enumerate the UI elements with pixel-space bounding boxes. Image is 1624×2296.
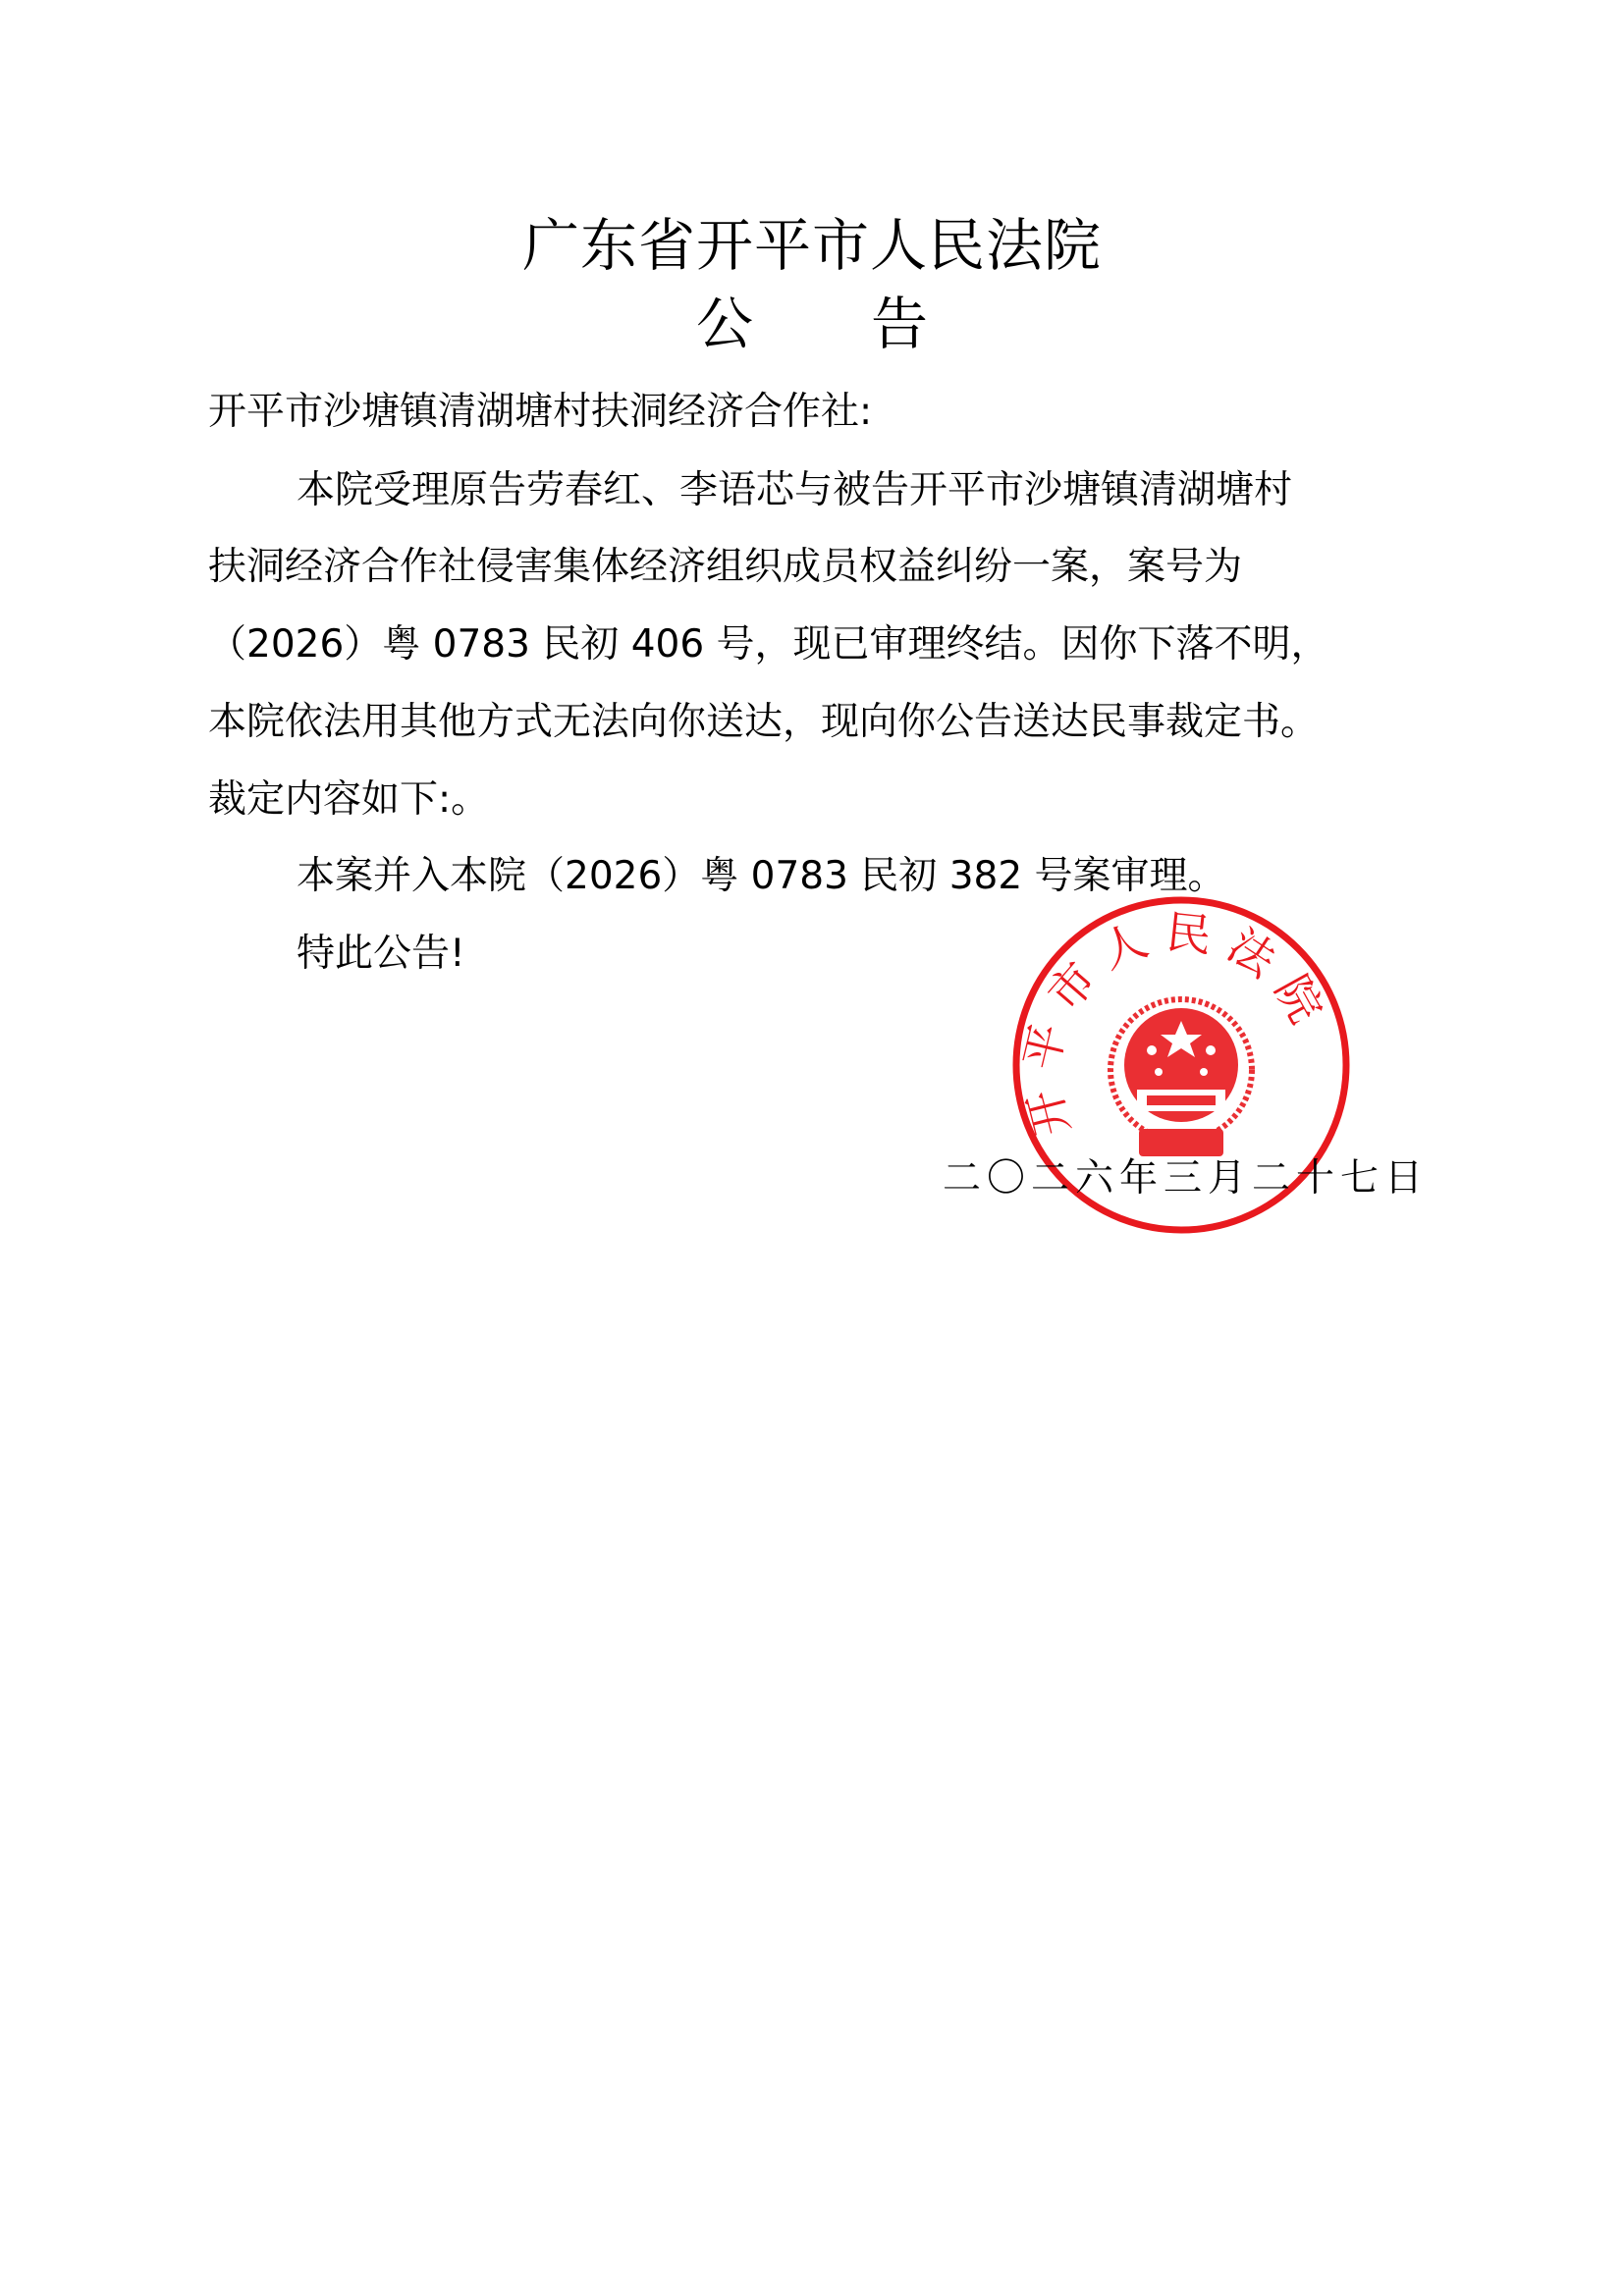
body-line-4: 本院依法用其他方式无法向你送达，现向你公告送达民事裁定书。 <box>208 698 1319 747</box>
national-emblem-icon <box>1110 999 1252 1156</box>
court-notice-page: 广东省开平市人民法院 公告 开平市沙塘镇清湖塘村扶洞经济合作社: 本院受理原告劳… <box>0 0 1624 2296</box>
addressee: 开平市沙塘镇清湖塘村扶洞经济合作社: <box>208 388 872 437</box>
notice-heading: 公告 <box>0 290 1624 358</box>
notice-heading-char-2: 告 <box>871 290 928 358</box>
issue-date: 二〇二六年三月二十七日 <box>943 1154 1429 1203</box>
court-name-title: 广东省开平市人民法院 <box>0 211 1624 280</box>
body-line-1: 本院受理原告劳春红、李语芯与被告开平市沙塘镇清湖塘村 <box>297 466 1292 515</box>
notice-heading-char-1: 公 <box>696 290 753 358</box>
body-line-3: （2026）粤 0783 民初 406 号，现已审理终结。因你下落不明， <box>208 620 1329 669</box>
body-line-5: 裁定内容如下:。 <box>208 775 489 825</box>
closing-statement: 特此公告! <box>297 930 465 979</box>
body-line-2: 扶洞经济合作社侵害集体经济组织成员权益纠纷一案，案号为 <box>208 543 1242 592</box>
